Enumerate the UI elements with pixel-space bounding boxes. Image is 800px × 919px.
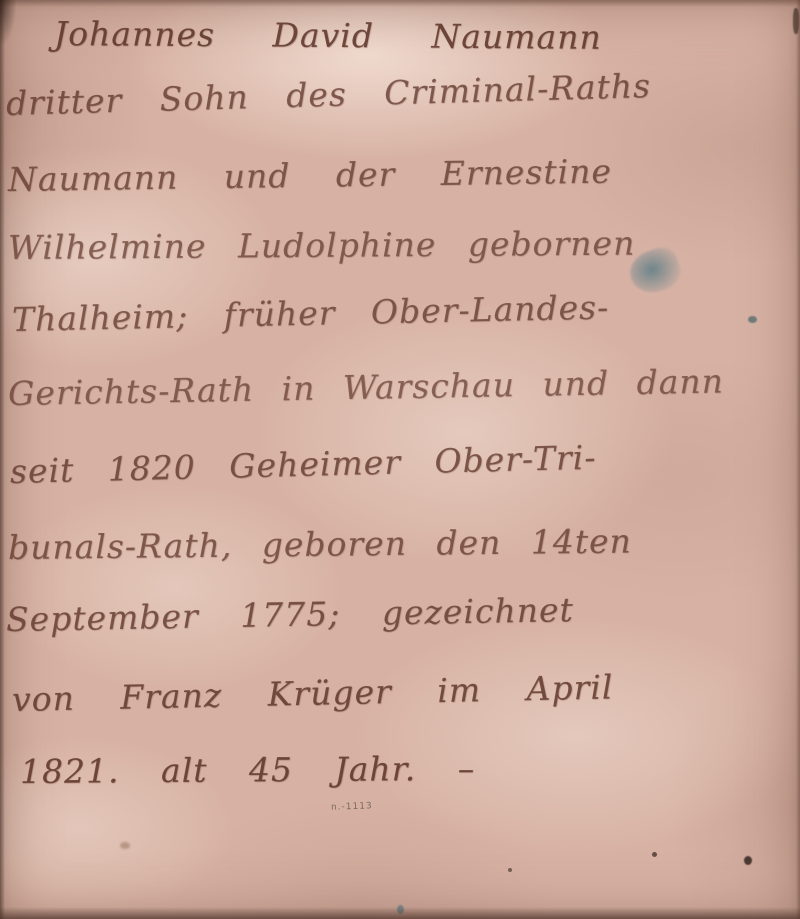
paper-edge [0,907,800,919]
handwriting-line: Wilhelmine Ludolphine gebornen [8,224,636,267]
handwriting-line: dritter Sohn des Criminal-Raths [5,66,651,123]
paper-edge [0,0,5,919]
handwriting-line: Thalheim; früher Ober-Landes- [12,287,610,338]
manuscript-page: Johannes David Naumann dritter Sohn des … [0,0,800,919]
paper-edge [796,0,800,919]
paper-speck [748,316,757,323]
paper-speck [120,842,130,849]
paper-speck [652,852,657,857]
handwriting-line: seit 1820 Geheimer Ober-Tri- [10,438,597,491]
paper-corner-shadow [0,0,16,44]
handwriting-line: Gerichts-Rath in Warschau und dann [8,362,724,413]
paper-speck [508,868,512,872]
handwriting-line: September 1775; gezeichnet [6,590,574,639]
paper-edge [0,0,800,7]
handwriting-line: Johannes David Naumann [54,14,602,57]
handwriting-line: bunals-Rath, geboren den 14ten [8,521,632,567]
collection-stamp: n.-1113 [331,801,373,812]
paper-speck [744,856,752,865]
handwriting-line: von Franz Krüger im April [12,667,614,719]
handwriting-line: 1821. alt 45 Jahr. – [20,749,475,791]
handwriting-line: Naumann und der Ernestine [8,152,612,199]
